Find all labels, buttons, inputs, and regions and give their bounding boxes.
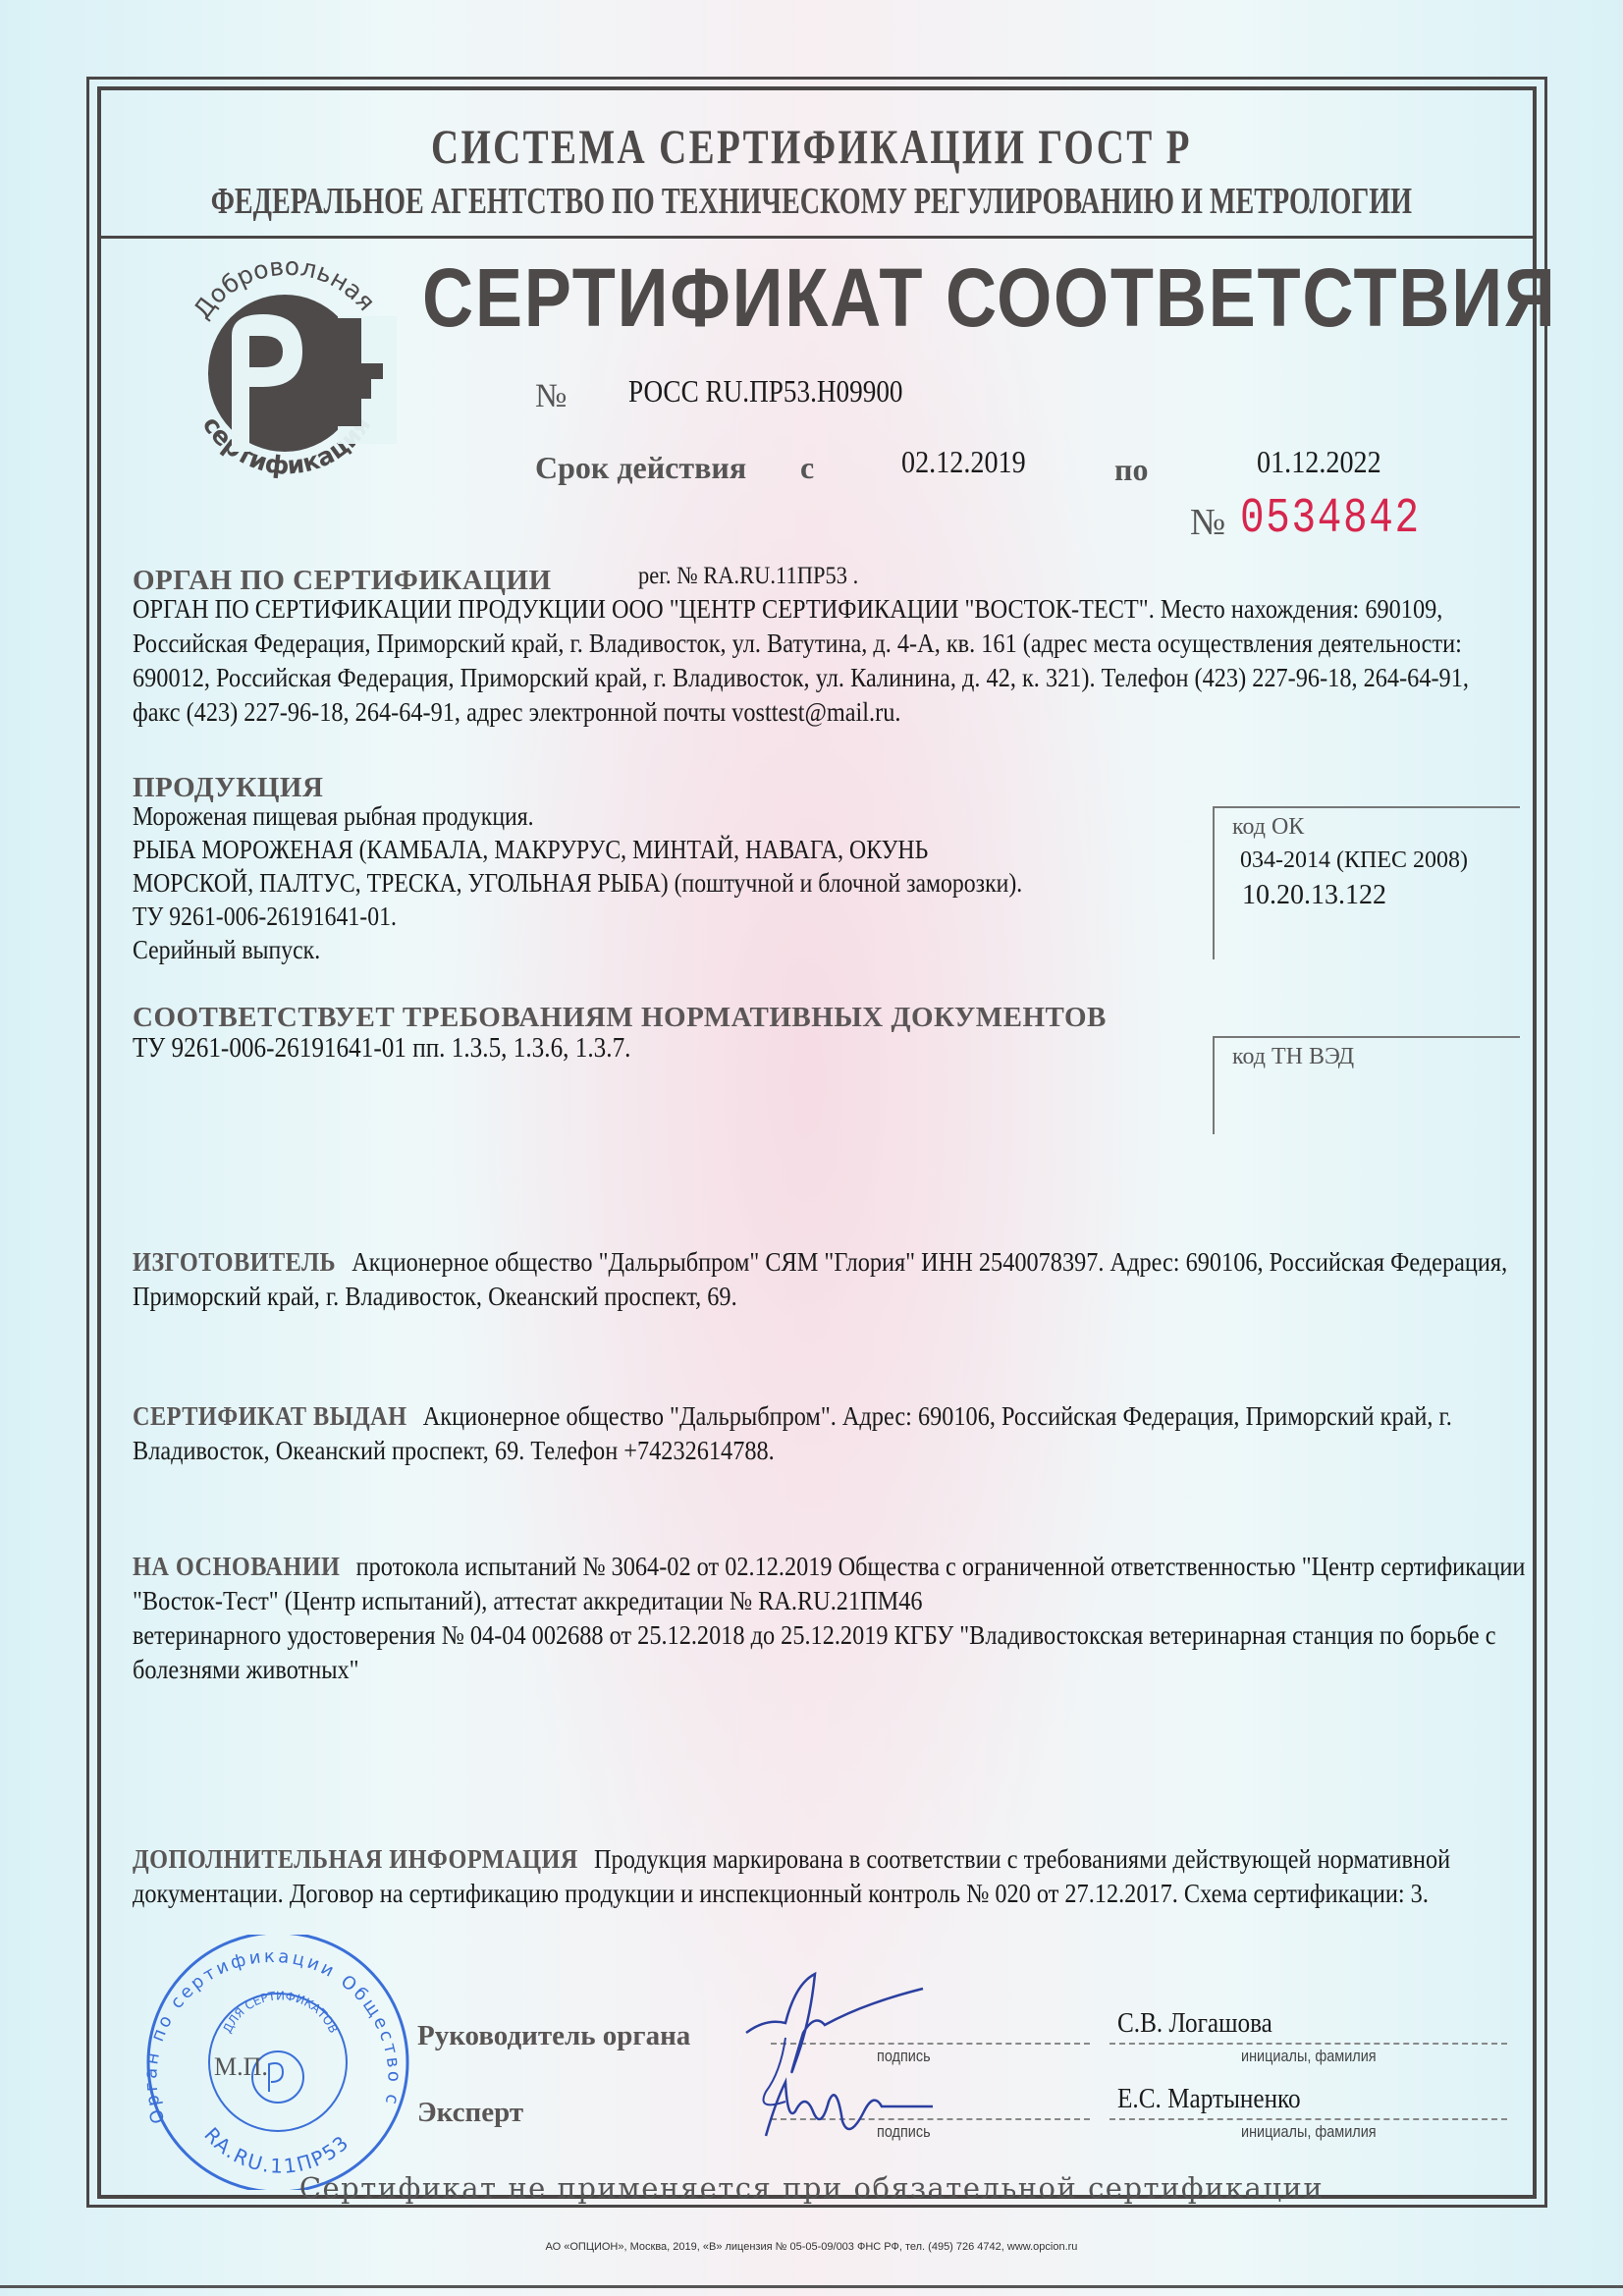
ok-code-label: код ОК [1232,814,1304,841]
issued-to-heading: СЕРТИФИКАТ ВЫДАН [133,1401,407,1431]
head-name-caption: инициалы, фамилия [1241,2047,1377,2066]
tn-ved-code-box: код ТН ВЭД [1213,1036,1520,1134]
stamp-center-text: ДЛЯ СЕРТИФИКАТОВ [220,1989,340,2035]
system-title: СИСТЕМА СЕРТИФИКАЦИИ ГОСТ Р [179,118,1444,175]
stamp-place-label: М.П. [214,2052,268,2082]
expert-name-caption: инициалы, фамилия [1241,2122,1377,2142]
certificate-number-label: № [535,378,567,415]
issued-to-section: СЕРТИФИКАТ ВЫДАНАкционерное общество "Да… [133,1399,1555,1468]
blank-serial-number: 0534842 [1240,491,1421,547]
validity-label: Срок действия [535,450,746,486]
valid-from-date: 02.12.2019 [901,444,1026,480]
official-stamp: Орган по сертификации Общество с огранич… [135,1935,420,2190]
product-line: ТУ 9261-006-26191641-01. [133,900,1265,933]
product-description: Мороженая пищевая рыбная продукция. РЫБА… [133,799,1265,966]
valid-to-label: по [1114,452,1148,488]
head-of-body-label: Руководитель органа [417,2020,690,2052]
agency-title: ФЕДЕРАЛЬНОЕ АГЕНТСТВО ПО ТЕХНИЧЕСКОМУ РЕ… [211,180,1412,223]
expert-name-line [1109,2118,1507,2120]
manufacturer-text: Акционерное общество "Дальрыбпром" СЯМ "… [133,1247,1507,1311]
voluntary-certification-notice: Сертификат не применяется при обязательн… [0,2171,1623,2205]
svg-text:ДЛЯ СЕРТИФИКАТОВ: ДЛЯ СЕРТИФИКАТОВ [220,1989,340,2035]
head-name: С.В. Логашова [1117,2008,1272,2040]
conformity-heading: СООТВЕТСТВУЕТ ТРЕБОВАНИЯМ НОРМАТИВНЫХ ДО… [133,1002,1107,1034]
valid-from-label: с [800,450,814,486]
manufacturer-section: ИЗГОТОВИТЕЛЬАкционерное общество "Дальры… [133,1245,1555,1314]
certification-body-registration: рег. № RA.RU.11ПР53 . [638,563,858,590]
product-line: Серийный выпуск. [133,933,1265,966]
ok-code-box: код ОК 034-2014 (КПЕС 2008) 10.20.13.122 [1213,806,1520,959]
header-divider [97,236,1537,239]
handwritten-signatures [727,1964,982,2170]
manufacturer-heading: ИЗГОТОВИТЕЛЬ [133,1247,336,1277]
expert-label: Эксперт [417,2097,523,2129]
valid-to-date: 01.12.2022 [1257,444,1381,480]
tn-ved-label: код ТН ВЭД [1232,1044,1354,1070]
expert-name: Е.С. Мартыненко [1117,2084,1301,2115]
printer-imprint: АО «ОПЦИОН», Москва, 2019, «В» лицензия … [0,2241,1623,2253]
page-bottom-rule [0,2285,1623,2288]
product-line: РЫБА МОРОЖЕНАЯ (КАМБАЛА, МАКРУРУС, МИНТА… [133,833,1265,866]
basis-section: НА ОСНОВАНИИпротокола испытаний № 3064-0… [133,1550,1555,1687]
certification-body-text: ОРГАН ПО СЕРТИФИКАЦИИ ПРОДУКЦИИ ООО "ЦЕН… [133,592,1520,730]
basis-text: протокола испытаний № 3064-02 от 02.12.2… [133,1552,1525,1615]
basis-heading: НА ОСНОВАНИИ [133,1552,340,1581]
rst-voluntary-certification-icon: Добровольная сертификация [165,257,410,483]
blank-number-label: № [1190,501,1225,544]
conformity-documents: ТУ 9261-006-26191641-01 пп. 1.3.5, 1.3.6… [133,1033,630,1065]
ok-classifier: 034-2014 (КПЕС 2008) [1240,847,1468,874]
certificate-number: РОСС RU.ПР53.Н09900 [628,373,903,410]
additional-info-heading: ДОПОЛНИТЕЛЬНАЯ ИНФОРМАЦИЯ [133,1844,578,1874]
document-title: СЕРТИФИКАТ СООТВЕТСТВИЯ [422,250,1360,346]
product-line: Мороженая пищевая рыбная продукция. [133,799,1265,833]
product-line: МОРСКОЙ, ПАЛТУС, ТРЕСКА, УГОЛЬНАЯ РЫБА) … [133,866,1265,900]
ok-code-value: 10.20.13.122 [1242,880,1386,911]
head-name-line [1109,2043,1507,2045]
additional-info-section: ДОПОЛНИТЕЛЬНАЯ ИНФОРМАЦИЯПродукция марки… [133,1842,1555,1911]
basis-text-vet: ветеринарного удостоверения № 04-04 0026… [133,1618,1555,1687]
